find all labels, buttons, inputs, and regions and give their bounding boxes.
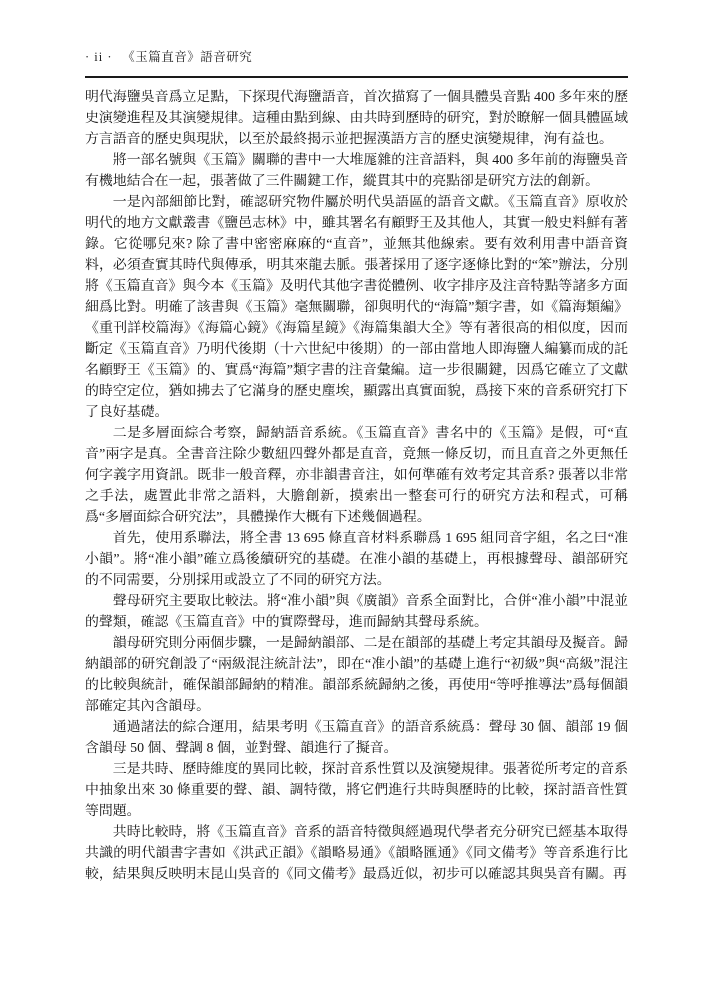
page-number: · ii · (85, 50, 113, 64)
paragraph-continuation: 明代海鹽吳音爲立足點，下探現代海鹽語音，首次描寫了一個具體吳音點 400 多年來… (85, 87, 628, 150)
paragraph: 韻母研究則分兩個步驟，一是歸納韻部、二是在韻部的基礎上考定其韻母及擬音。歸納韻部… (85, 633, 628, 717)
paragraph: 共時比較時，將《玉篇直音》音系的語音特徵與經過現代學者充分研究已經基本取得共識的… (85, 822, 628, 885)
paragraph: 二是多層面綜合考察，歸納語音系統。《玉篇直音》書名中的《玉篇》是假，可“直音”兩… (85, 423, 628, 528)
running-title: 《玉篇直音》語音研究 (129, 50, 253, 64)
running-header: · ii ·《玉篇直音》語音研究 (85, 49, 628, 65)
paragraph: 一是內部細節比對，確認研究物件屬於明代吳語區的語音文獻。《玉篇直音》原收於明代的… (85, 192, 628, 423)
paragraph: 將一部名號與《玉篇》關聯的書中一大堆厖雜的注音語料，與 400 多年前的海鹽吳音… (85, 150, 628, 192)
paragraph: 聲母研究主要取比較法。將“准小韻”與《廣韻》音系全面對比，合併“准小韻”中混並的… (85, 591, 628, 633)
document-page: · ii ·《玉篇直音》語音研究 明代海鹽吳音爲立足點，下探現代海鹽語音，首次描… (0, 0, 706, 982)
paragraph: 三是共時、歷時維度的異同比較，探討音系性質以及演變規律。張著從所考定的音系中抽象… (85, 759, 628, 822)
body-text: 明代海鹽吳音爲立足點，下探現代海鹽語音，首次描寫了一個具體吳音點 400 多年來… (85, 87, 628, 885)
paragraph: 首先，使用系聯法，將全書 13 695 條直音材料系聯爲 1 695 組同音字組… (85, 528, 628, 591)
header-rule (85, 76, 628, 78)
paragraph: 通過諸法的綜合運用，結果考明《玉篇直音》的語音系統爲：聲母 30 個、韻部 19… (85, 717, 628, 759)
